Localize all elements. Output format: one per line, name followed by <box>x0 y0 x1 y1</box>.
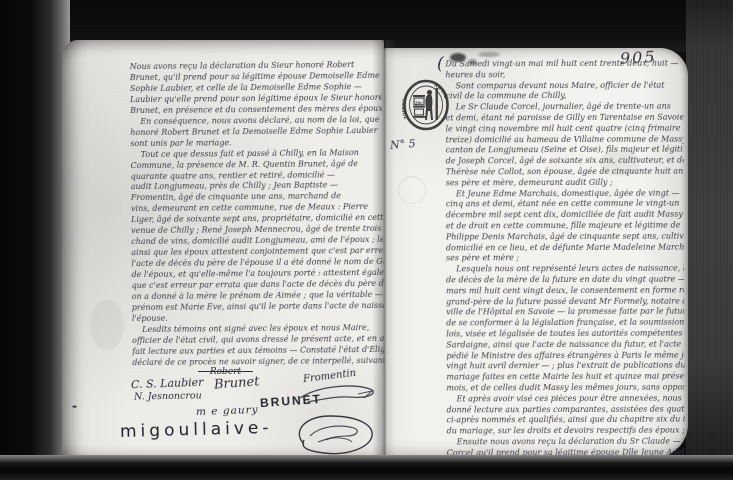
signature-brunet-cursive: Brunet <box>214 374 260 392</box>
manuscript-line: Le Sr Claude Corcel, journalier, âgé de … <box>445 102 683 114</box>
manuscript-line: treize) domicilié au hameau de Villaine … <box>446 134 684 146</box>
book-spine-shadow <box>0 0 70 480</box>
scan-border-right <box>686 0 733 480</box>
manuscript-line: de décès de la mère de la future en date… <box>446 275 684 287</box>
manuscript-line: honoré Robert Brunet et la Demoiselle Ed… <box>130 126 382 139</box>
paper-stain <box>90 300 124 350</box>
manuscript-line: mars mil huit cent vingt deux, le consen… <box>446 285 684 297</box>
manuscript-line: ville de l'Hôpital en Savoie — la promes… <box>446 307 684 319</box>
manuscript-line: prénom est Marie Ève, ainsi qu'il le por… <box>132 301 384 314</box>
manuscript-line: ci-après nommés et qualifiés, ainsi que … <box>447 415 685 427</box>
manuscript-line: civil de la commune de Chilly, <box>445 91 683 103</box>
manuscript-line: ses père et mère ; <box>446 253 684 265</box>
manuscript-line: donné lecture aux parties comparantes, a… <box>447 404 685 416</box>
manuscript-line: Philippe Denis Marchais, âgé de cinquant… <box>446 231 684 243</box>
manuscript-line: pédié le Ministre des affaires étrangère… <box>446 350 684 362</box>
manuscript-line: Et Jeune Edme Marchais, domestique, âgée… <box>446 188 684 200</box>
signature-gaury: m e gaury <box>196 404 259 418</box>
manuscript-line: de Joseph Corcel, âgé de soixante six an… <box>446 156 684 168</box>
signature-jesnoncrou: N. Jesnoncrou <box>134 390 202 402</box>
stamp-denomination: 20c <box>415 100 423 105</box>
scan-border-bottom <box>0 455 733 480</box>
manuscript-line: mois, et de celles dudit Massy les mêmes… <box>446 382 684 394</box>
manuscript-line: Commune, la présence de M. R. Quentin Br… <box>131 158 383 171</box>
left-page-manuscript: Nous avons reçu la déclaration du Sieur … <box>130 60 385 369</box>
manuscript-line: et de droit en cette commune, fille maje… <box>446 221 684 233</box>
manuscript-line: décembre mil sept cent dix, domiciliée d… <box>446 210 684 222</box>
flourish-signature <box>290 410 380 460</box>
manuscript-line: Thérèse née Collot, son épouse, âgée de … <box>446 167 684 179</box>
manuscript-line: ses père et mère, demeurant audit Gilly … <box>446 177 684 189</box>
manuscript-line: du mariage, sur les droits et devoirs re… <box>447 426 685 438</box>
manuscript-line: et demi, étant né paroisse de Gilly en T… <box>445 113 683 125</box>
right-page-manuscript: Du Samedi vingt-un mai mil huit cent tre… <box>445 59 684 459</box>
signature-laubier: C. S. Laubier <box>131 376 204 392</box>
manuscript-line: cinq ans et demi, étant née en cette com… <box>446 199 684 211</box>
royal-stamp-icon: TIMBRE ROYAL 20c <box>401 78 451 134</box>
manuscript-line: Lesquels nous ont représenté leurs actes… <box>446 264 684 276</box>
signature-migoullaive: migoullaive- <box>120 418 273 442</box>
stray-pen-dash: - <box>72 399 77 413</box>
ghost-stamp-mark <box>398 176 426 204</box>
record-number: N° 5 <box>390 137 416 152</box>
manuscript-line: domicilié en ce lieu, et de défunte Mari… <box>446 242 684 254</box>
manuscript-line: Et après avoir visé ces pièces pour être… <box>446 393 684 405</box>
manuscript-line: lois, visée et légalisée de toutes les a… <box>446 329 684 341</box>
folio-number: 905 <box>620 47 657 68</box>
manuscript-line: déclaré de ce procès ne savoir signer, d… <box>132 356 384 369</box>
manuscript-line: canton de Longjumeau (Seine et Oise), fi… <box>446 145 684 157</box>
manuscript-line: grand-père de la future passé devant Mr … <box>446 296 684 308</box>
manuscript-line: de se conformer à la législation françai… <box>446 318 684 330</box>
manuscript-line: heures du soir, <box>445 69 683 81</box>
manuscript-line: Ensuite nous avons reçu la déclaration d… <box>447 436 685 448</box>
register-scan: Nous avons reçu la déclaration du Sieur … <box>0 0 733 480</box>
manuscript-line: Sardaigne, ainsi que l'acte de naissance… <box>446 339 684 351</box>
fromentin-paraph-flourish <box>298 382 378 408</box>
manuscript-line: vingt huit avril dernier — ; plus l'extr… <box>446 361 684 373</box>
opening-bracket-mark: ( <box>437 54 444 74</box>
manuscript-line: le vingt cinq novembre mil huit cent qua… <box>446 123 684 135</box>
ink-stain <box>478 52 500 57</box>
manuscript-line: Sont comparus devant nous Maire, officie… <box>445 80 683 92</box>
manuscript-line: mariage faites en cette Mairie les huit … <box>446 372 684 384</box>
